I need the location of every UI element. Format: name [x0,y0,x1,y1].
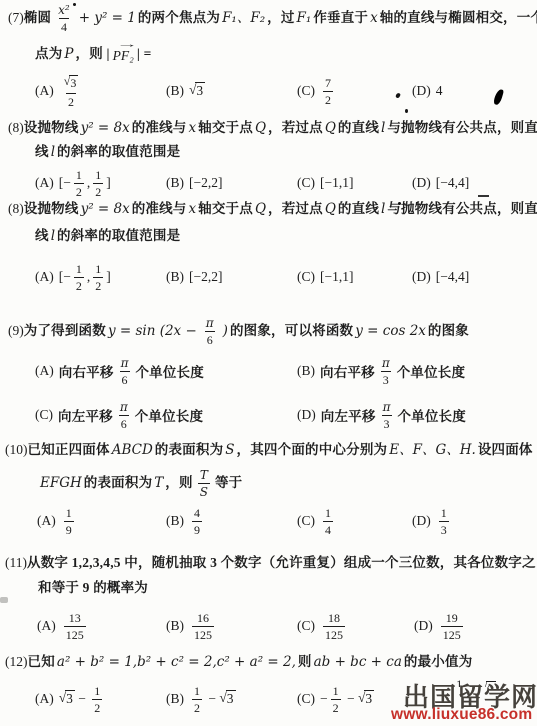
q12-line-1: (12) 已知 a² + b² = 1,b² + c² = 2,c² + a² … [5,650,472,674]
fraction: 19125 [441,611,463,642]
option-text: ] [106,269,111,285]
q8-first-line-1: (8) 设抛物线 y² = 8x 的准线与 x 轴交于点 Q ，若过点 Q 的直… [8,116,537,140]
option-text: ] [106,175,111,191]
fraction-numerator: 19 [444,611,460,626]
fraction-numerator: 13 [67,611,83,626]
fraction-numerator: 1 [323,506,333,521]
fraction: 12 [93,168,103,199]
q9-option-c: (C) 向左平移 π6 个单位长度 [35,400,203,430]
stem-text: ，其四个面的中心分别为 [237,442,388,458]
option-label: (A) [35,363,54,379]
fraction-denominator: 3 [439,521,449,537]
option-label: (D) [414,618,433,634]
stem-text: 的斜率的取值范围是 [57,144,180,160]
math-segment: S [225,442,234,458]
radicand: 3 [65,690,75,708]
fraction-numerator: x² [56,3,72,18]
q11-option-a: (A) 13125 [37,611,89,641]
fraction-denominator: 2 [92,699,102,715]
q12-option-a: (A) √3 − 12 [35,684,105,714]
stem-text: 设四面体 [478,442,533,458]
fraction: √32 [62,74,81,109]
fraction-numerator: π [118,400,130,415]
option-value: [−4,4] [436,269,469,285]
q7-line-1: (7) 椭圆 x²4 + y² = 1 的两个焦点为 F₁、F₂ ，过 F₁ 作… [8,2,537,34]
option-text: 向右平移 [320,361,375,381]
option-label: (B) [166,175,184,191]
math-segment: x [370,10,378,26]
stem-text: 线 [35,228,49,244]
option-label: (A) [37,513,56,529]
math-segment: l [381,120,385,136]
fraction: 13 [439,506,449,537]
stem-text: 已知正四面体 [28,442,110,458]
q9-option-a: (A) 向右平移 π6 个单位长度 [35,356,204,386]
stem-text: 轴交于点 [198,201,253,217]
option-label: (A) [37,618,56,634]
fraction: 12 [192,684,202,715]
fraction-numerator: 1 [439,506,449,521]
fraction-denominator: 2 [323,91,333,107]
fraction: π3 [378,356,394,387]
fraction: π6 [202,316,218,347]
fraction-numerator: 7 [323,76,333,91]
option-label: (D) [412,175,431,191]
stem-text: 的表面积为 [84,475,153,491]
option-value: [−4,4] [436,175,469,191]
option-label: (C) [297,618,315,634]
fraction: π6 [117,356,133,387]
math-segment: y² = 8x [81,120,130,136]
stem-text: 和等于 9 的概率为 [38,580,148,596]
fraction-denominator: 4 [323,521,333,537]
option-value: 4 [436,83,443,99]
stem-text: 线 [35,144,49,160]
option-label: (A) [35,691,54,707]
option-text: 向左平移 [58,405,113,425]
option-text: 个单位长度 [135,361,204,381]
fraction: 13125 [64,611,86,642]
q7-line-2: 点为 P ，则 | →PF₂ | = [35,42,151,66]
fraction-denominator: 3 [381,371,391,387]
stem-text: 等于 [215,475,242,491]
q8-option-b: (B) [−2,2] [166,168,222,198]
option-text: , [87,175,90,191]
fraction-numerator: π [381,400,393,415]
q10-line-1: (10) 已知正四面体 ABCD 的表面积为 S ，其四个面的中心分别为 E、F… [5,438,533,462]
q8-second-line-2: 线 l 的斜率的取值范围是 [35,224,180,248]
fraction-numerator: 1 [64,506,74,521]
stem-text: 的直线 [338,201,379,217]
exam-page: (7) 椭圆 x²4 + y² = 1 的两个焦点为 F₁、F₂ ，过 F₁ 作… [0,0,537,726]
fraction-denominator: 125 [192,626,214,642]
fraction: 16125 [192,611,214,642]
fraction: π6 [116,400,132,431]
stem-text: ，若过点 [268,120,323,136]
q9-options-row-2: (C) 向左平移 π6 个单位长度 (D) 向左平移 π3 个单位长度 [0,400,537,430]
q11-option-b: (B) 16125 [166,611,217,641]
option-text: 向右平移 [59,361,114,381]
math-segment: y = cos 2x [355,323,426,339]
option-label: (D) [412,513,431,529]
q12-option-b: (B) 12 − √3 [166,684,236,714]
stem-text: 的直线 [338,120,379,136]
fraction-denominator: 4 [59,18,69,34]
option-label: (B) [166,83,184,99]
math-segment: x [189,120,197,136]
math-segment: Q [325,120,336,136]
q10-option-c: (C) 14 [297,506,336,536]
q11-options-row: (A) 13125 (B) 16125 (C) 18125 (D) 19125 [0,611,537,641]
stem-text: 轴交于点 [198,120,253,136]
math-segment: l [51,144,55,160]
fraction: 72 [323,76,333,107]
fraction-denominator: 6 [205,331,215,347]
option-text: , [87,269,90,285]
vector-text: PF₂ [113,48,134,63]
fraction: 12 [74,262,84,293]
question-number: (12) [5,654,28,670]
fraction-denominator: 6 [120,371,130,387]
q11-line-2: 和等于 9 的概率为 [38,576,148,600]
option-text: [− [59,175,71,191]
math-segment: ) [223,323,228,339]
stem-text: 轴的直线与椭圆相交，一个交 [380,10,537,26]
sqrt-expression: √3 [189,82,205,100]
q9-line-1: (9) 为了得到函数 y = sin (2x − π6 ) 的图象，可以将函数 … [8,316,469,346]
q8-first-line-2: 线 l 的斜率的取值范围是 [35,140,180,164]
fraction-numerator: 1 [74,168,84,183]
stem-text: 的准线与 [132,201,187,217]
stem-text: 设抛物线 [24,201,79,217]
q11-option-d: (D) 19125 [414,611,466,641]
stem-text: 为了得到函数 [24,323,106,339]
sqrt-expression: √3 [219,690,235,708]
vector-notation: →PF₂ [113,44,134,64]
option-label: (C) [297,513,315,529]
radicand: 3 [364,690,374,708]
fraction: 18125 [323,611,345,642]
stem-text: 与抛物线有公共点，则直 [387,201,537,217]
fraction-denominator: 2 [66,93,76,109]
fraction-numerator: 1 [93,168,103,183]
fraction-denominator: 9 [64,521,74,537]
fraction-numerator: 1 [92,684,102,699]
stem-text: 的准线与 [132,120,187,136]
fraction-denominator: 2 [93,277,103,293]
math-segment: y² = 8x [81,201,130,217]
fraction: 12 [92,684,102,715]
option-label: (C) [297,691,315,707]
ink-dot [73,3,76,6]
option-label: (C) [297,175,315,191]
fraction-numerator: 1 [192,684,202,699]
radicand: 3 [69,75,78,91]
fraction-numerator: π [204,316,216,331]
q11-option-c: (C) 18125 [297,611,348,641]
fraction-numerator: 18 [326,611,342,626]
stem-text: 与抛物线有公共点，则直 [387,120,537,136]
vector-arrow-icon: → [116,39,138,50]
q8-first-options-row: (A) [− 12 , 12 ] (B) [−2,2] (C) [−1,1] (… [0,168,537,198]
math-segment: x [189,201,197,217]
stem-text: 的两个焦点为 [138,10,220,26]
watermark-site-url: www.liuxue86.com [391,707,532,723]
q12-option-c: (C) − 12 − √3 [297,684,374,714]
math-segment: y = sin (2x − [108,323,197,339]
option-label: (B) [166,513,184,529]
stem-text: 的最小值为 [404,654,473,670]
question-number: (9) [8,323,24,339]
q8-option-a: (A) [− 12 , 12 ] [35,262,111,292]
stem-text: 设抛物线 [24,120,79,136]
option-value: [−2,2] [189,175,222,191]
math-segment: + y² = 1 [79,10,136,26]
stem-text: 的图象，可以将函数 [230,323,353,339]
q8-option-d: (D) [−4,4] [412,168,469,198]
operator: − [320,691,328,707]
ink-dot [405,109,408,113]
fraction-denominator: 2 [331,699,341,715]
fraction-denominator: 125 [441,626,463,642]
math-segment: l [381,201,385,217]
option-label: (B) [166,269,184,285]
stem-text: 的图象 [428,323,469,339]
option-value: [−1,1] [320,269,353,285]
fraction-numerator: π [380,356,392,371]
math-segment: ab + bc + ca [314,654,402,670]
fraction: TS [196,468,212,499]
math-segment: E、F、G、H. [389,442,476,458]
ink-dot [398,202,401,205]
sqrt-expression: √3 [358,690,374,708]
q8-option-c: (C) [−1,1] [297,168,353,198]
q8-second-options-row: (A) [− 12 , 12 ] (B) [−2,2] (C) [−1,1] (… [0,262,537,292]
stem-text: 的斜率的取值范围是 [57,228,180,244]
option-value: [−2,2] [189,269,222,285]
question-number: (7) [8,10,24,26]
fraction-denominator: 2 [192,699,202,715]
stem-text: | = [137,46,152,62]
option-label: (D) [412,83,431,99]
stem-text: 点为 [35,46,62,62]
fraction: 49 [192,506,202,537]
math-segment: a² + b² = 1,b² + c² = 2,c² + a² = 2, [57,654,296,670]
fraction-denominator: 125 [323,626,345,642]
option-label: (C) [35,407,53,423]
option-label: (D) [412,269,431,285]
option-label: (C) [297,269,315,285]
fraction-denominator: 9 [192,521,202,537]
fraction: 19 [64,506,74,537]
question-number: (8) [8,120,24,136]
math-segment: F₁、F₂ [222,10,265,26]
option-value: [−1,1] [320,175,353,191]
stem-text: ，则 [165,475,192,491]
fraction: 14 [323,506,333,537]
q10-option-a: (A) 19 [37,506,77,536]
stem-text: ，过 [267,10,294,26]
fraction-numerator: 16 [195,611,211,626]
stem-text: ，若过点 [268,201,323,217]
ink-underscore [478,195,489,197]
fraction-numerator: 1 [74,262,84,277]
option-text: 个单位长度 [397,361,466,381]
sqrt-expression: √3 [59,690,75,708]
option-label: (A) [35,175,54,191]
math-segment: P [64,46,73,62]
q8-option-d: (D) [−4,4] [412,262,469,292]
fraction-numerator: √3 [62,74,81,93]
option-label: (C) [297,83,315,99]
option-text: 个单位长度 [397,405,466,425]
stem-text: 的表面积为 [155,442,224,458]
fraction: 12 [331,684,341,715]
q9-option-b: (B) 向右平移 π3 个单位长度 [297,356,465,386]
fraction-denominator: 2 [74,277,84,293]
q8-option-c: (C) [−1,1] [297,262,353,292]
math-segment: T [154,475,163,491]
fraction-numerator: 4 [192,506,202,521]
q8-second-line-1: (8) 设抛物线 y² = 8x 的准线与 x 轴交于点 Q ，若过点 Q 的直… [8,197,537,221]
fraction-denominator: 125 [64,626,86,642]
radicand: 3 [195,82,205,100]
q10-line-2: EFGH 的表面积为 T ，则 TS 等于 [38,468,242,498]
sqrt-expression: √3 [64,75,79,91]
operator: − [344,691,358,707]
q8-option-b: (B) [−2,2] [166,262,222,292]
q10-option-d: (D) 13 [412,506,452,536]
q7-option-d: (D) 4 [412,76,443,106]
operator: − [75,691,89,707]
q7-option-c: (C) 72 [297,76,336,106]
fraction-numerator: π [119,356,131,371]
option-label: (A) [35,269,54,285]
math-segment: l [51,228,55,244]
math-segment: Q [255,201,266,217]
q11-line-1: (11) 从数字 1,2,3,4,5 中，随机抽取 3 个数字（允许重复）组成一… [5,551,536,575]
stem-text: 则 [298,654,312,670]
operator: − [205,691,219,707]
math-segment: ABCD [112,442,153,458]
q9-options-row-1: (A) 向右平移 π6 个单位长度 (B) 向右平移 π3 个单位长度 [0,356,537,386]
stem-text: 作垂直于 [313,10,368,26]
math-segment: EFGH [40,475,82,491]
q10-options-row: (A) 19 (B) 49 (C) 14 (D) 13 [0,506,537,536]
fraction-denominator: S [198,483,210,499]
q10-option-b: (B) 49 [166,506,205,536]
math-segment: Q [255,120,266,136]
question-number: (8) [8,201,24,217]
option-label: (D) [297,407,316,423]
q8-option-a: (A) [− 12 , 12 ] [35,168,111,198]
question-number: (11) [5,555,27,571]
math-segment: F₁ [297,10,312,26]
fraction: 12 [93,262,103,293]
fraction: 12 [74,168,84,199]
q9-option-d: (D) 向左平移 π3 个单位长度 [297,400,466,430]
q7-options-row: (A) √32 (B) √3 (C) 72 (D) 4 [0,76,537,106]
stem-text: 椭圆 [24,10,51,26]
q7-option-b: (B) √3 [166,76,205,106]
option-text: 个单位长度 [135,405,204,425]
fraction-numerator: 1 [93,262,103,277]
stem-text: 已知 [28,654,55,670]
option-text: [− [59,269,71,285]
stem-text: 从数字 1,2,3,4,5 中，随机抽取 3 个数字（允许重复）组成一个三位数，… [27,555,536,571]
math-segment: Q [325,201,336,217]
fraction-numerator: 1 [331,684,341,699]
option-label: (B) [166,691,184,707]
option-label: (B) [297,363,315,379]
q7-option-a: (A) √32 [35,76,83,106]
fraction-denominator: 3 [382,415,392,431]
stem-text: ，则 | [76,46,110,62]
fraction: π3 [379,400,395,431]
fraction-numerator: T [198,468,210,483]
question-number: (10) [5,442,28,458]
fraction-denominator: 6 [119,415,129,431]
radicand: 3 [226,690,236,708]
scan-smudge [0,597,8,603]
option-label: (A) [35,83,54,99]
option-text: 向左平移 [321,405,376,425]
fraction: x²4 [54,3,74,34]
option-label: (B) [166,618,184,634]
